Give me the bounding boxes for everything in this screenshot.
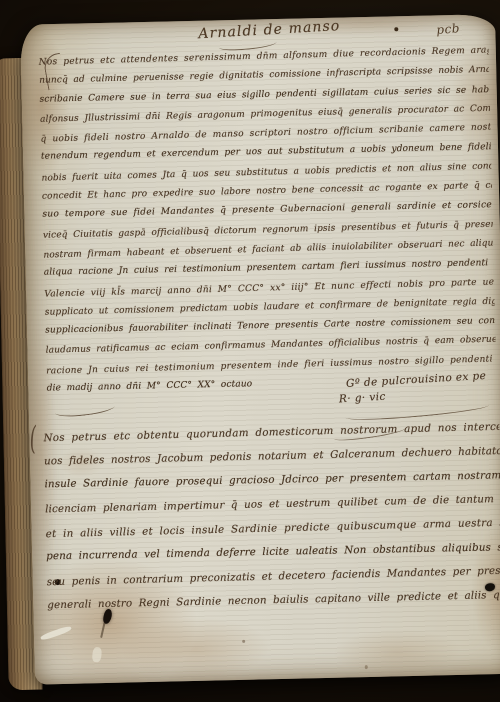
manuscript-page: Arnaldi de manso pcb Nos petrus etc atte… (20, 14, 500, 685)
ink-blot-tail (100, 622, 105, 638)
ink-dot (394, 27, 398, 31)
ink-speck (365, 665, 368, 669)
date-flourish (54, 400, 115, 420)
photograph-of-manuscript: Arnaldi de manso pcb Nos petrus etc atte… (0, 0, 500, 702)
entry-paragraph-2: Nos petrus etc obtentu quorundam domesti… (43, 415, 500, 617)
stain-bottom-right (332, 627, 463, 678)
paragraph-opening-bracket: ( (29, 422, 37, 455)
paper-scratch (40, 625, 72, 641)
stain-bottom-center (120, 615, 271, 682)
paper-scratch (92, 647, 103, 663)
entry-paragraph-1: Nos petrus etc attendentes serenissimum … (38, 42, 496, 400)
ink-speck (242, 640, 245, 643)
folio-number: pcb (436, 21, 461, 37)
